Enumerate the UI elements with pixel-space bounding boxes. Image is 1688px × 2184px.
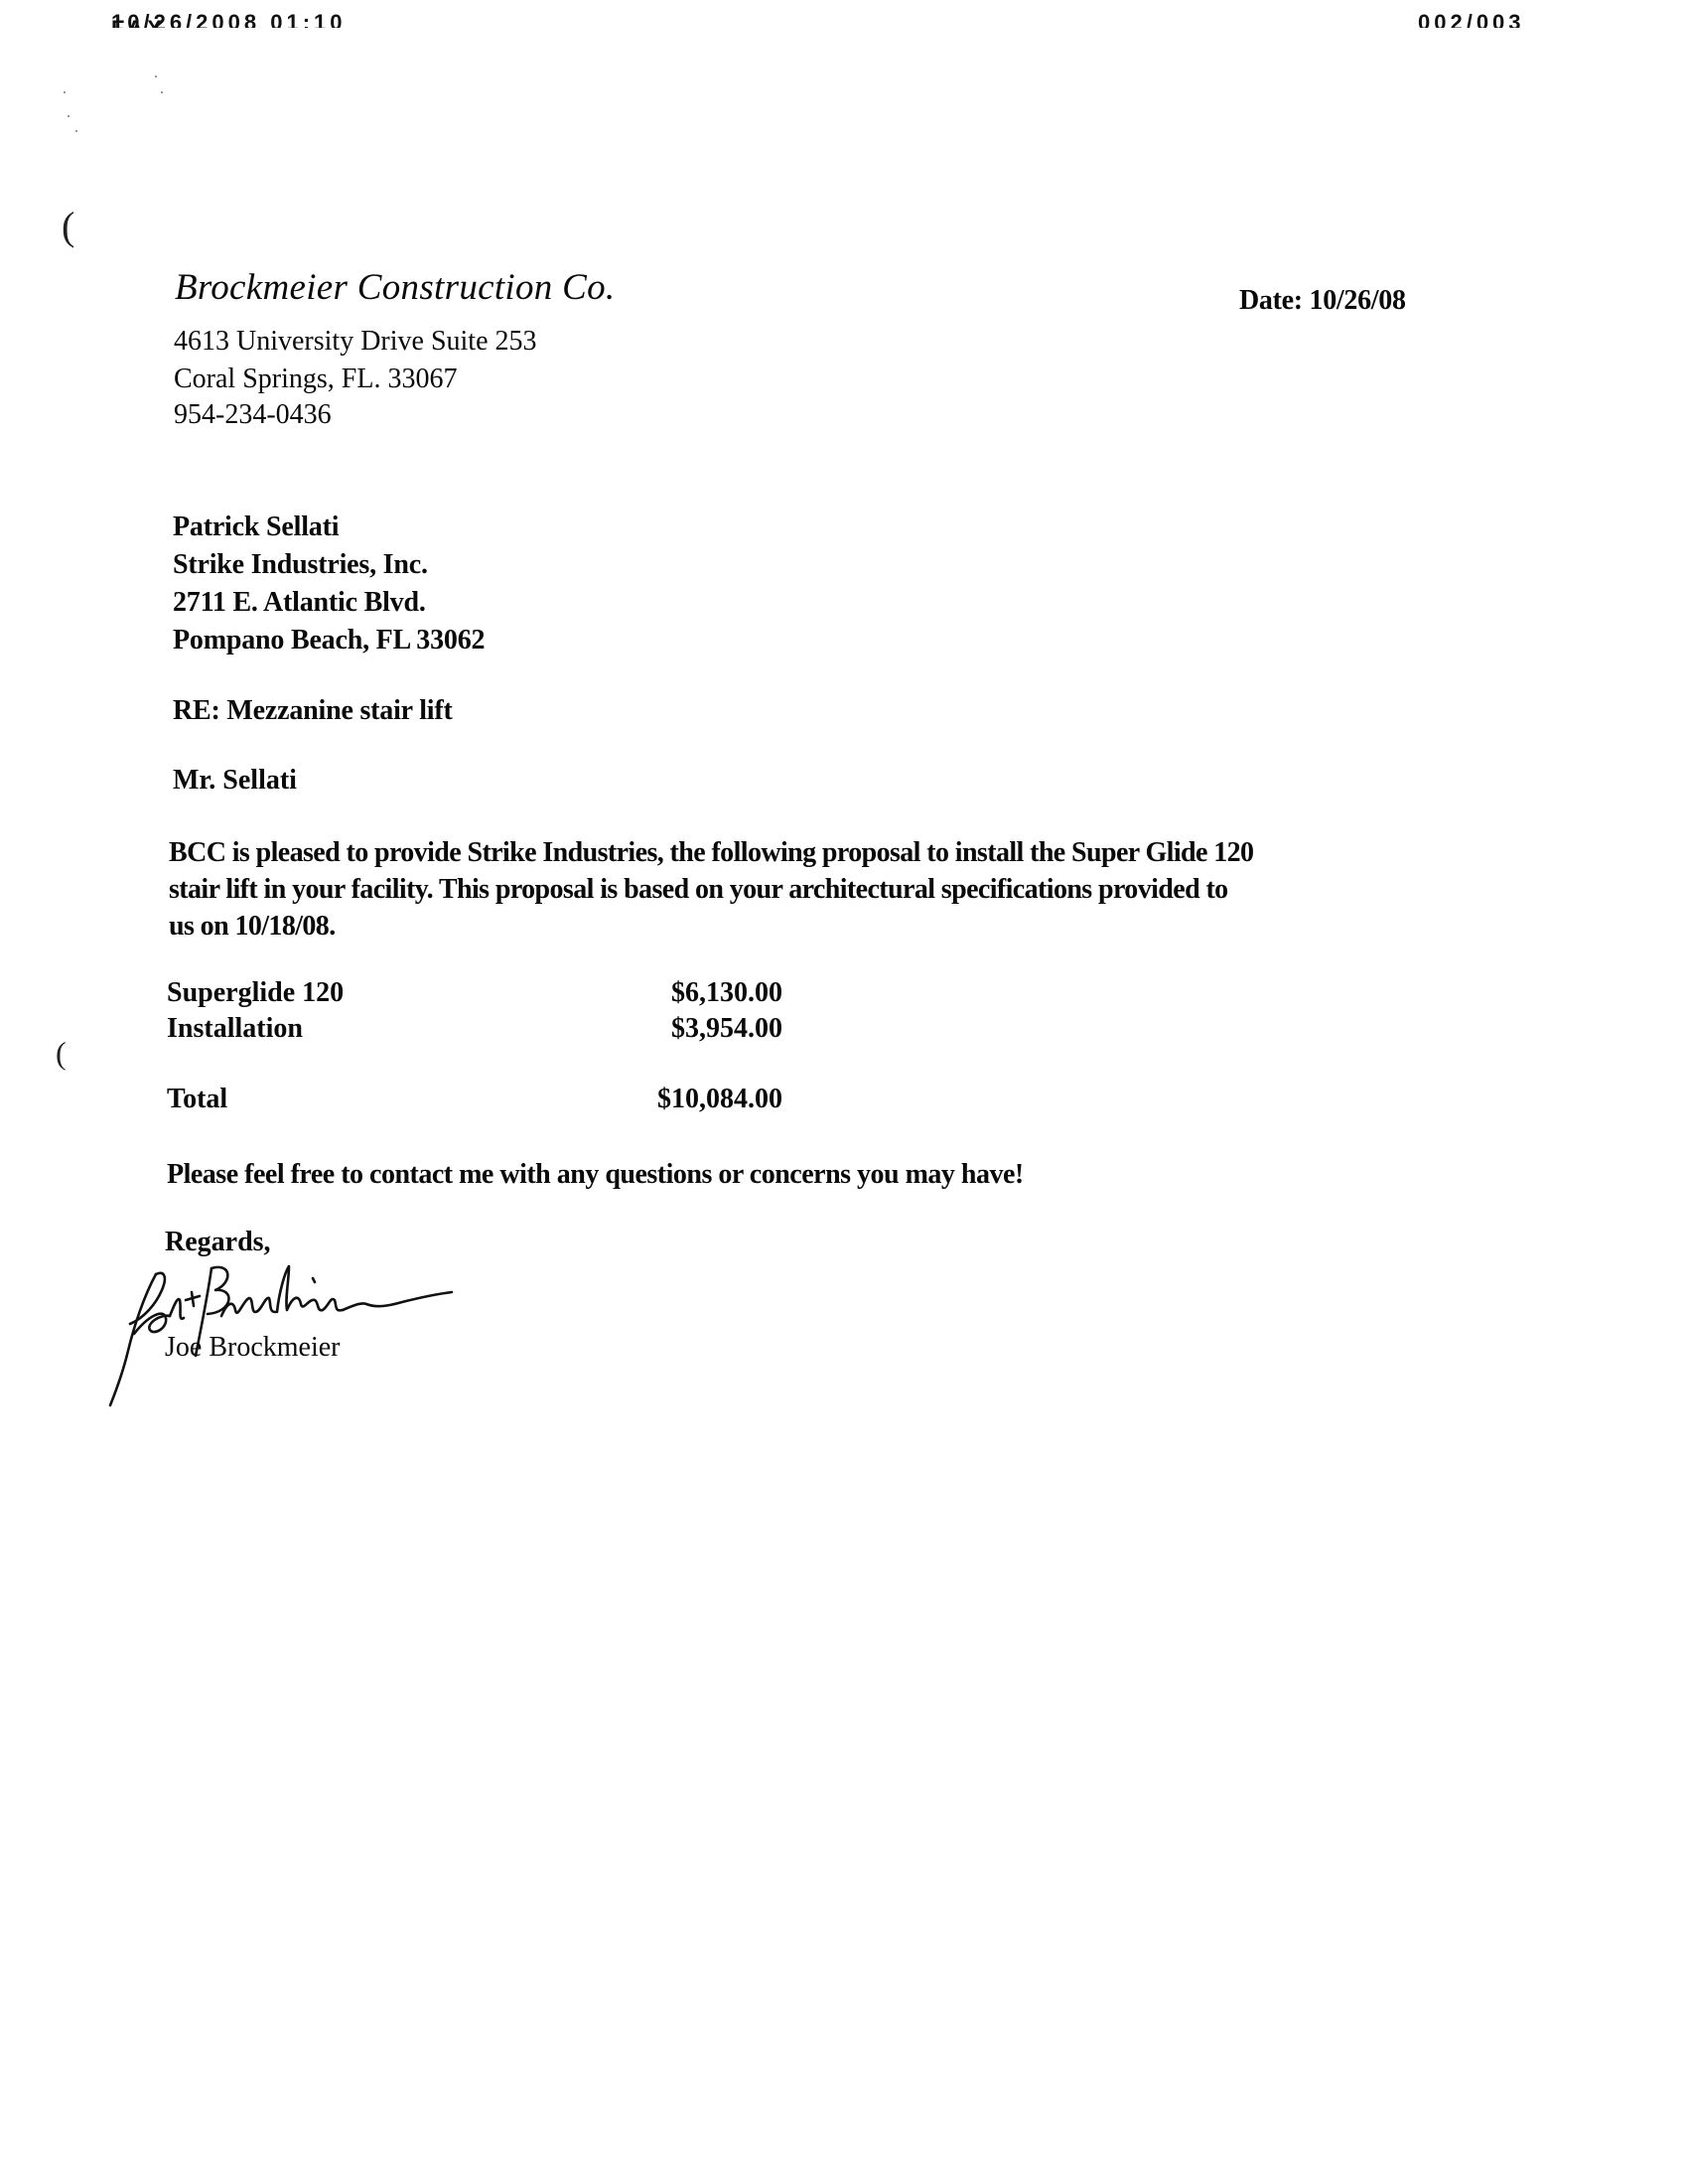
total-label: Total	[167, 1082, 527, 1117]
paragraph-line: us on 10/18/08.	[169, 908, 1460, 945]
total-amount: $10,084.00	[527, 1082, 782, 1117]
cost-item-label: Installation	[167, 1011, 527, 1047]
scan-speck	[155, 75, 157, 77]
binder-hole-mark-icon: (	[62, 207, 74, 246]
signer-name: Joe Brockmeier	[165, 1329, 341, 1366]
recipient-company: Strike Industries, Inc.	[173, 546, 485, 584]
table-spacer	[167, 1047, 782, 1082]
proposal-paragraph: BCC is pleased to provide Strike Industr…	[169, 834, 1460, 945]
recipient-street: 2711 E. Atlantic Blvd.	[173, 584, 485, 622]
salutation: Mr. Sellati	[173, 762, 297, 799]
paragraph-line: BCC is pleased to provide Strike Industr…	[169, 834, 1460, 871]
paragraph-line: stair lift in your facility. This propos…	[169, 871, 1460, 908]
recipient-address: Patrick Sellati Strike Industries, Inc. …	[173, 509, 485, 659]
recipient-name: Patrick Sellati	[173, 509, 485, 546]
sender-phone: 954-234-0436	[174, 396, 537, 434]
fax-header-right-fragment: 002/003	[1418, 14, 1567, 28]
sender-city: Coral Springs, FL. 33067	[174, 361, 537, 398]
cost-item-label: Superglide 120	[167, 975, 527, 1011]
company-name: Brockmeier Construction Co.	[175, 266, 615, 309]
cost-breakdown-table: Superglide 120 $6,130.00 Installation $3…	[167, 975, 782, 1117]
recipient-city: Pompano Beach, FL 33062	[173, 622, 485, 659]
letter-date: Date: 10/26/08	[1239, 285, 1406, 317]
scan-speck	[68, 115, 70, 117]
scan-speck	[75, 130, 77, 132]
total-row: Total $10,084.00	[167, 1082, 782, 1117]
cost-item-amount: $6,130.00	[527, 975, 782, 1011]
subject-line: RE: Mezzanine stair lift	[173, 692, 453, 729]
scan-speck	[64, 91, 66, 93]
closing-message: Please feel free to contact me with any …	[167, 1156, 1024, 1193]
cost-row: Superglide 120 $6,130.00	[167, 975, 782, 1011]
binder-hole-mark-icon: (	[56, 1037, 67, 1069]
sender-address: 4613 University Drive Suite 253 Coral Sp…	[174, 323, 537, 434]
fax-letter-page: 10/26/2008 01:10 FAX 002/003 ( ( Brockme…	[0, 0, 1688, 2184]
scan-speck	[161, 91, 163, 93]
valediction: Regards,	[165, 1224, 271, 1260]
fax-header-left-fragment: 10/26/2008 01:10 FAX	[111, 14, 409, 28]
cost-row: Installation $3,954.00	[167, 1011, 782, 1047]
sender-street: 4613 University Drive Suite 253	[174, 323, 537, 361]
cost-item-amount: $3,954.00	[527, 1011, 782, 1047]
